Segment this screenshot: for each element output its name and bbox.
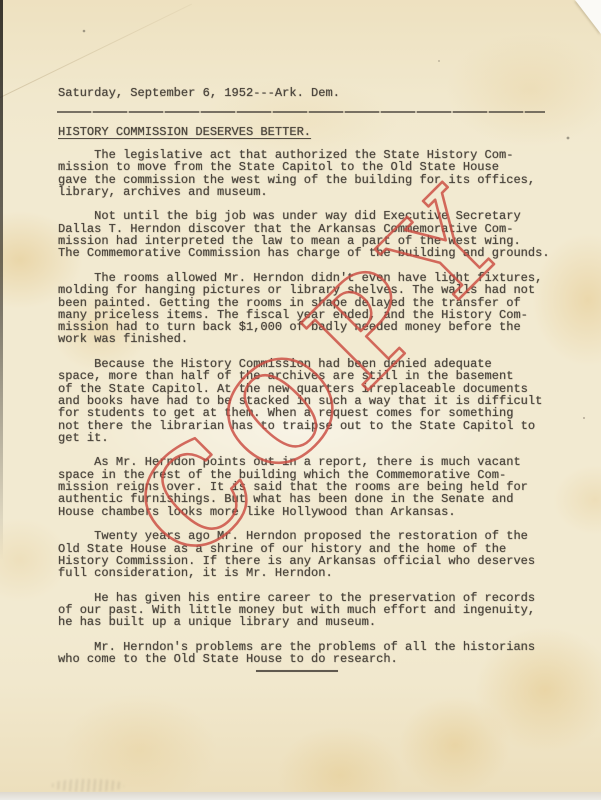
divider-rule	[57, 111, 545, 113]
scanned-document: Saturday, September 6, 1952---Ark. Dem. …	[0, 0, 601, 800]
paragraph-2: Not until the big job was under way did …	[58, 210, 563, 259]
paragraph-4: Because the History Commission had been …	[58, 358, 563, 444]
paragraph-5: As Mr. Herndon points out in a report, t…	[58, 456, 563, 517]
paragraph-8: Mr. Herndon's problems are the problems …	[58, 641, 563, 666]
corner-fold	[575, 0, 601, 34]
scan-edge-bottom	[0, 792, 601, 800]
scan-edge-left	[0, 0, 3, 560]
faint-pencil-mark	[52, 779, 124, 792]
paragraph-7: He has given his entire career to the pr…	[58, 592, 563, 629]
headline-text: HISTORY COMMISSION DESERVES BETTER.	[58, 125, 311, 139]
article-body: The legislative act that authorized the …	[58, 149, 563, 678]
paragraph-6: Twenty years ago Mr. Herndon proposed th…	[58, 530, 563, 579]
headline: HISTORY COMMISSION DESERVES BETTER.	[58, 126, 311, 138]
end-rule	[256, 670, 338, 672]
paper-sheet: Saturday, September 6, 1952---Ark. Dem. …	[0, 0, 601, 793]
paragraph-1: The legislative act that authorized the …	[58, 149, 563, 198]
dateline: Saturday, September 6, 1952---Ark. Dem.	[58, 87, 340, 99]
paragraph-3: The rooms allowed Mr. Herndon didn't eve…	[58, 272, 563, 346]
